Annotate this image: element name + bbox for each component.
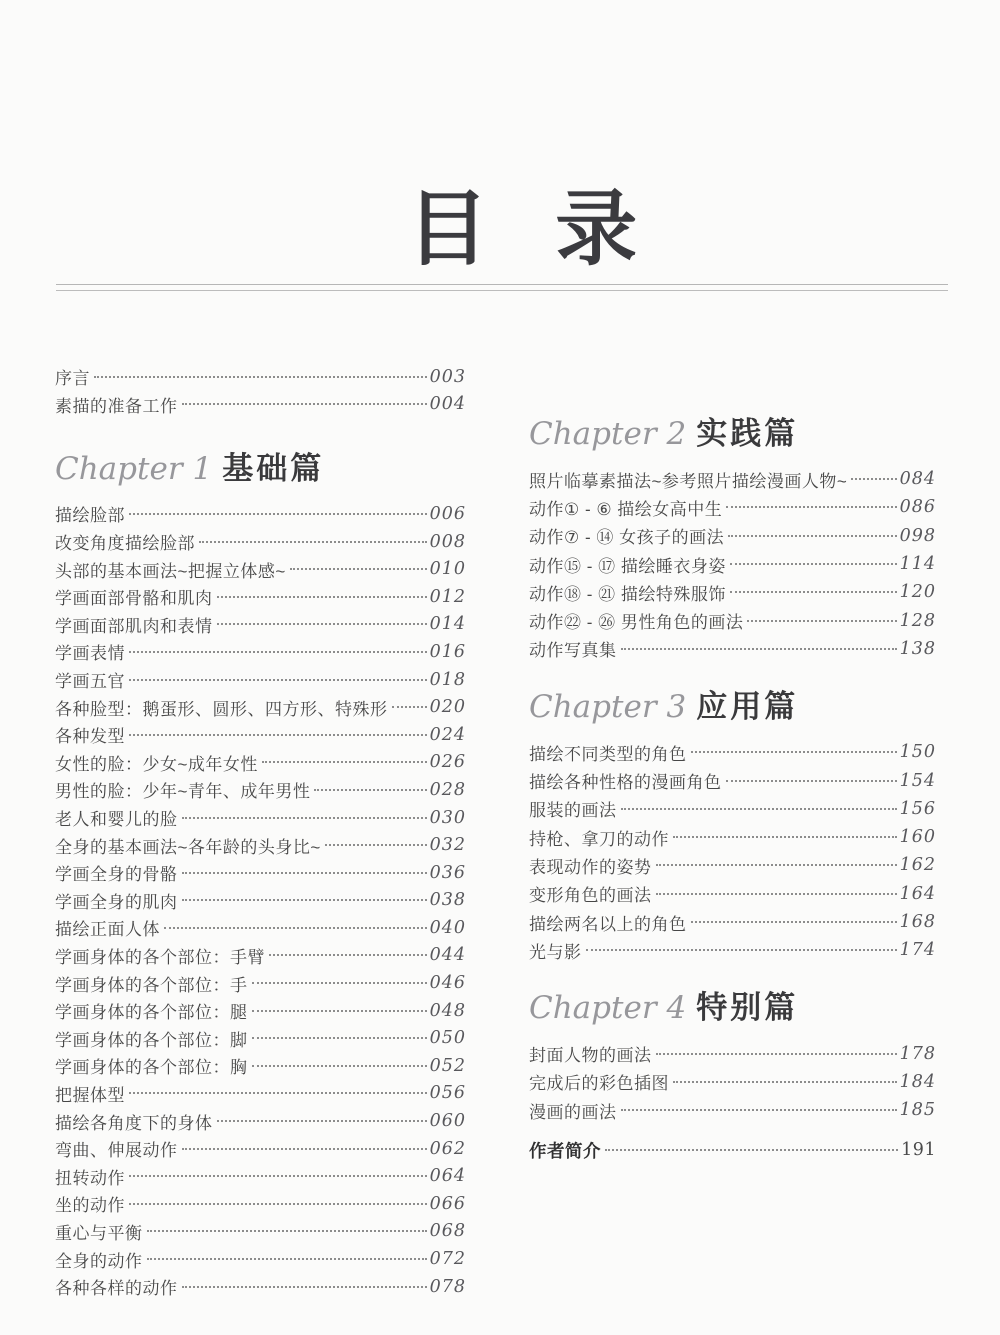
toc-entry: 学画全身的肌肉038: [55, 887, 466, 915]
entry-page-number: 038: [430, 890, 466, 910]
entry-page-number: 032: [430, 835, 466, 855]
entry-page-number: 072: [430, 1249, 466, 1269]
chapter-title: 应用篇: [696, 689, 798, 725]
chapter-heading: Chapter 2实践篇: [529, 414, 936, 460]
dot-leader: [656, 893, 897, 895]
entry-label: 学画表情: [55, 639, 125, 664]
dot-leader: [621, 1109, 897, 1111]
entry-page-number: 162: [900, 855, 936, 875]
title-divider-rule: [56, 284, 948, 291]
entry-label: 学画身体的各个部位：脚: [55, 1026, 248, 1051]
entry-label: 描绘各种性格的漫画角色: [529, 768, 722, 793]
entry-label: 完成后的彩色插图: [529, 1069, 669, 1094]
dot-leader: [164, 927, 427, 929]
toc-entry: 扭转动作064: [55, 1162, 466, 1190]
entry-label: 描绘脸部: [55, 501, 125, 526]
entry-page-number: 160: [900, 827, 936, 847]
entry-page-number: 012: [430, 587, 466, 607]
dot-leader: [747, 620, 896, 622]
entry-label: 全身的基本画法~各年龄的头身比~: [55, 833, 321, 858]
entry-page-number: 185: [900, 1100, 936, 1120]
entry-label: 学画身体的各个部位：手: [55, 971, 248, 996]
toc-entry: 完成后的彩色插图184: [529, 1068, 936, 1096]
entry-page-number: 178: [900, 1044, 936, 1064]
toc-entry: 动作写真集138: [529, 635, 936, 663]
dot-leader: [182, 899, 427, 901]
dot-leader: [621, 808, 897, 810]
toc-entry: 各种各样的动作078: [55, 1273, 466, 1301]
right-chapter-list: Chapter 2实践篇照片临摹素描法~参考照片描绘漫画人物~084动作① - …: [529, 414, 936, 1124]
dot-leader: [656, 1053, 897, 1055]
entry-label: 学画全身的骨骼: [55, 860, 178, 885]
dot-leader: [730, 591, 897, 593]
entry-label: 弯曲、伸展动作: [55, 1136, 178, 1161]
dot-leader: [691, 921, 897, 923]
dot-leader: [252, 1037, 427, 1039]
entry-page-number: 036: [430, 863, 466, 883]
toc-entry: 弯曲、伸展动作062: [55, 1135, 466, 1163]
toc-entry: 描绘正面人体040: [55, 914, 466, 942]
toc-entry: 把握体型056: [55, 1080, 466, 1108]
chapter-label: Chapter 1: [55, 451, 212, 487]
dot-leader: [728, 535, 897, 537]
toc-entry: 变形角色的画法164: [529, 880, 936, 908]
dot-leader: [217, 1120, 427, 1122]
chapter-title: 基础篇: [222, 451, 324, 487]
entry-label: 重心与平衡: [55, 1219, 143, 1244]
dot-leader: [182, 817, 427, 819]
dot-leader: [290, 568, 427, 570]
entry-label: 老人和婴儿的脸: [55, 805, 178, 830]
toc-entry: 动作① - ⑥ 描绘女高中生086: [529, 493, 936, 521]
entry-label: 封面人物的画法: [529, 1041, 652, 1066]
toc-entry: 动作⑮ - ⑰ 描绘睡衣身姿114: [529, 550, 936, 578]
chapter-heading: Chapter 1基础篇: [55, 449, 466, 495]
entry-label: 各种各样的动作: [55, 1274, 178, 1299]
entry-label: 各种脸型：鹅蛋形、圆形、四方形、特殊形: [55, 695, 388, 720]
dot-leader: [605, 1149, 898, 1151]
toc-entry: 老人和婴儿的脸030: [55, 804, 466, 832]
entry-label: 女性的脸：少女~成年女性: [55, 750, 258, 775]
toc-entry: 照片临摹素描法~参考照片描绘漫画人物~084: [529, 465, 936, 493]
entry-label: 学画身体的各个部位：胸: [55, 1053, 248, 1078]
entry-page-number: 003: [430, 367, 466, 387]
toc-entry: 表现动作的姿势162: [529, 851, 936, 879]
toc-entry: 坐的动作066: [55, 1190, 466, 1218]
toc-entry: 描绘脸部006: [55, 500, 466, 528]
entry-page-number: 191: [901, 1140, 936, 1160]
toc-entry: 学画身体的各个部位：脚050: [55, 1024, 466, 1052]
dot-leader: [392, 706, 427, 708]
entry-page-number: 044: [430, 945, 466, 965]
toc-entry: 女性的脸：少女~成年女性026: [55, 749, 466, 777]
dot-leader: [129, 651, 427, 653]
chapter-title: 特别篇: [696, 990, 798, 1026]
entry-page-number: 120: [900, 582, 936, 602]
dot-leader: [325, 844, 427, 846]
entry-label: 坐的动作: [55, 1191, 125, 1216]
entry-page-number: 040: [430, 918, 466, 938]
entry-label: 光与影: [529, 938, 582, 963]
dot-leader: [182, 1148, 427, 1150]
toc-entry: 描绘各角度下的身体060: [55, 1107, 466, 1135]
dot-leader: [621, 648, 897, 650]
entry-page-number: 010: [430, 559, 466, 579]
toc-entry: 持枪、拿刀的动作160: [529, 823, 936, 851]
dot-leader: [129, 513, 427, 515]
chapter-label: Chapter 4: [529, 990, 686, 1026]
toc-entry: 服装的画法156: [529, 795, 936, 823]
entry-page-number: 066: [430, 1194, 466, 1214]
entry-label: 照片临摹素描法~参考照片描绘漫画人物~: [529, 467, 847, 492]
entry-label: 全身的动作: [55, 1247, 143, 1272]
entry-label: 动作写真集: [529, 636, 617, 661]
dot-leader: [129, 679, 427, 681]
entry-label: 扭转动作: [55, 1164, 125, 1189]
entry-page-number: 024: [430, 725, 466, 745]
dot-leader: [262, 761, 427, 763]
entry-page-number: 020: [430, 697, 466, 717]
dot-leader: [673, 1081, 897, 1083]
toc-entry: 学画表情016: [55, 638, 466, 666]
entry-label: 动作⑮ - ⑰ 描绘睡衣身姿: [529, 552, 726, 577]
entry-page-number: 014: [430, 614, 466, 634]
dot-leader: [129, 1175, 427, 1177]
chapter-label: Chapter 2: [529, 416, 686, 452]
toc-entry: 漫画的画法185: [529, 1096, 936, 1124]
entry-page-number: 098: [900, 526, 936, 546]
toc-entry: 封面人物的画法178: [529, 1039, 936, 1067]
dot-leader: [314, 789, 426, 791]
dot-leader: [656, 864, 897, 866]
entry-page-number: 062: [430, 1139, 466, 1159]
entry-label: 动作⑦ - ⑭ 女孩子的画法: [529, 523, 724, 548]
toc-entry: 序言003: [55, 363, 466, 391]
entry-page-number: 114: [900, 554, 936, 574]
entry-page-number: 168: [900, 912, 936, 932]
entry-label: 序言: [55, 364, 90, 389]
dot-leader: [129, 1092, 427, 1094]
entry-label: 描绘两名以上的角色: [529, 910, 687, 935]
entry-label: 头部的基本画法~把握立体感~: [55, 557, 286, 582]
toc-entry: 学画身体的各个部位：胸052: [55, 1052, 466, 1080]
entry-label: 动作① - ⑥ 描绘女高中生: [529, 495, 722, 520]
dot-leader: [129, 734, 427, 736]
entry-label: 素描的准备工作: [55, 392, 178, 417]
entry-label: 描绘各角度下的身体: [55, 1109, 213, 1134]
front-matter-list: 序言003素描的准备工作004: [55, 363, 466, 418]
entry-page-number: 006: [430, 504, 466, 524]
dot-leader: [252, 1010, 427, 1012]
dot-leader: [673, 836, 897, 838]
dot-leader: [691, 751, 897, 753]
chapter-label: Chapter 3: [529, 689, 686, 725]
entry-page-number: 052: [430, 1056, 466, 1076]
toc-entry: 光与影174: [529, 936, 936, 964]
dot-leader: [182, 1286, 427, 1288]
entry-label: 把握体型: [55, 1081, 125, 1106]
entry-label: 动作⑱ - ㉑ 描绘特殊服饰: [529, 580, 726, 605]
toc-entry: 动作⑦ - ⑭ 女孩子的画法098: [529, 522, 936, 550]
dot-leader: [199, 541, 427, 543]
entry-label: 学画身体的各个部位：手臂: [55, 943, 265, 968]
toc-entry: 男性的脸：少年~青年、成年男性028: [55, 776, 466, 804]
entry-label: 持枪、拿刀的动作: [529, 825, 669, 850]
toc-entry: 学画身体的各个部位：手046: [55, 969, 466, 997]
entry-label: 变形角色的画法: [529, 881, 652, 906]
left-chapter-list: Chapter 1基础篇描绘脸部006改变角度描绘脸部008头部的基本画法~把握…: [55, 449, 466, 1300]
entry-page-number: 018: [430, 670, 466, 690]
dot-leader: [726, 780, 897, 782]
entry-label: 描绘不同类型的角色: [529, 740, 687, 765]
entry-label: 学画全身的肌肉: [55, 888, 178, 913]
entry-page-number: 060: [430, 1111, 466, 1131]
entry-label: 作者简介: [529, 1138, 601, 1163]
entry-label: 学画面部肌肉和表情: [55, 612, 213, 637]
entry-label: 漫画的画法: [529, 1098, 617, 1123]
entry-page-number: 008: [430, 532, 466, 552]
toc-entry: 动作㉒ - ㉖ 男性角色的画法128: [529, 606, 936, 634]
entry-page-number: 150: [900, 742, 936, 762]
dot-leader: [269, 954, 427, 956]
entry-page-number: 078: [430, 1277, 466, 1297]
entry-page-number: 046: [430, 973, 466, 993]
toc-entry: 描绘两名以上的角色168: [529, 908, 936, 936]
toc-column-left: 序言003素描的准备工作004 Chapter 1基础篇描绘脸部006改变角度描…: [55, 363, 466, 1300]
entry-page-number: 056: [430, 1083, 466, 1103]
toc-page: 目 录 序言003素描的准备工作004 Chapter 1基础篇描绘脸部006改…: [0, 0, 1000, 1335]
toc-entry: 学画五官018: [55, 666, 466, 694]
entry-page-number: 174: [900, 940, 936, 960]
entry-page-number: 026: [430, 752, 466, 772]
entry-page-number: 086: [900, 497, 936, 517]
entry-page-number: 048: [430, 1001, 466, 1021]
page-title: 目 录: [23, 188, 1000, 270]
dot-leader: [851, 478, 896, 480]
entry-label: 学画五官: [55, 667, 125, 692]
entry-label: 学画面部骨骼和肌肉: [55, 584, 213, 609]
entry-page-number: 064: [430, 1166, 466, 1186]
dot-leader: [147, 1230, 427, 1232]
entry-page-number: 138: [900, 639, 936, 659]
entry-page-number: 156: [900, 799, 936, 819]
dot-leader: [129, 1203, 427, 1205]
toc-entry: 学画身体的各个部位：腿048: [55, 997, 466, 1025]
entry-page-number: 016: [430, 642, 466, 662]
dot-leader: [217, 596, 427, 598]
entry-label: 动作㉒ - ㉖ 男性角色的画法: [529, 608, 743, 633]
entry-page-number: 068: [430, 1221, 466, 1241]
toc-entry: 描绘不同类型的角色150: [529, 738, 936, 766]
dot-leader: [217, 623, 427, 625]
dot-leader: [147, 1258, 427, 1260]
entry-page-number: 154: [900, 771, 936, 791]
chapter-title: 实践篇: [696, 416, 798, 452]
entry-label: 男性的脸：少年~青年、成年男性: [55, 777, 310, 802]
toc-entry: 头部的基本画法~把握立体感~010: [55, 555, 466, 583]
toc-entry: 描绘各种性格的漫画角色154: [529, 766, 936, 794]
entry-page-number: 028: [430, 780, 466, 800]
toc-entry: 重心与平衡068: [55, 1218, 466, 1246]
entry-page-number: 030: [430, 808, 466, 828]
toc-entry: 素描的准备工作004: [55, 391, 466, 419]
chapter-heading: Chapter 4特别篇: [529, 988, 936, 1034]
entry-page-number: 128: [900, 611, 936, 631]
entry-page-number: 184: [900, 1072, 936, 1092]
entry-label: 改变角度描绘脸部: [55, 529, 195, 554]
dot-leader: [182, 872, 427, 874]
toc-entry: 学画全身的骨骼036: [55, 859, 466, 887]
toc-entry: 动作⑱ - ㉑ 描绘特殊服饰120: [529, 578, 936, 606]
entry-page-number: 164: [900, 884, 936, 904]
toc-entry: 各种发型024: [55, 721, 466, 749]
toc-entry: 学画面部骨骼和肌肉012: [55, 583, 466, 611]
entry-page-number: 050: [430, 1028, 466, 1048]
toc-entry: 学画面部肌肉和表情014: [55, 611, 466, 639]
toc-entry: 改变角度描绘脸部008: [55, 528, 466, 556]
dot-leader: [94, 376, 427, 378]
dot-leader: [586, 949, 897, 951]
entry-page-number: 084: [900, 469, 936, 489]
entry-label: 描绘正面人体: [55, 915, 160, 940]
toc-entry: 各种脸型：鹅蛋形、圆形、四方形、特殊形020: [55, 693, 466, 721]
entry-page-number: 004: [430, 394, 466, 414]
chapter-heading: Chapter 3应用篇: [529, 687, 936, 733]
dot-leader: [252, 982, 427, 984]
toc-entry-author: 作者简介 191: [529, 1136, 936, 1164]
dot-leader: [182, 403, 427, 405]
dot-leader: [726, 506, 896, 508]
entry-label: 服装的画法: [529, 796, 617, 821]
toc-entry: 学画身体的各个部位：手臂044: [55, 942, 466, 970]
entry-label: 学画身体的各个部位：腿: [55, 998, 248, 1023]
entry-label: 表现动作的姿势: [529, 853, 652, 878]
toc-entry: 全身的基本画法~各年龄的头身比~032: [55, 831, 466, 859]
dot-leader: [730, 563, 897, 565]
toc-column-right: Chapter 2实践篇照片临摹素描法~参考照片描绘漫画人物~084动作① - …: [529, 414, 936, 1165]
entry-label: 各种发型: [55, 722, 125, 747]
toc-entry: 全身的动作072: [55, 1245, 466, 1273]
dot-leader: [252, 1065, 427, 1067]
